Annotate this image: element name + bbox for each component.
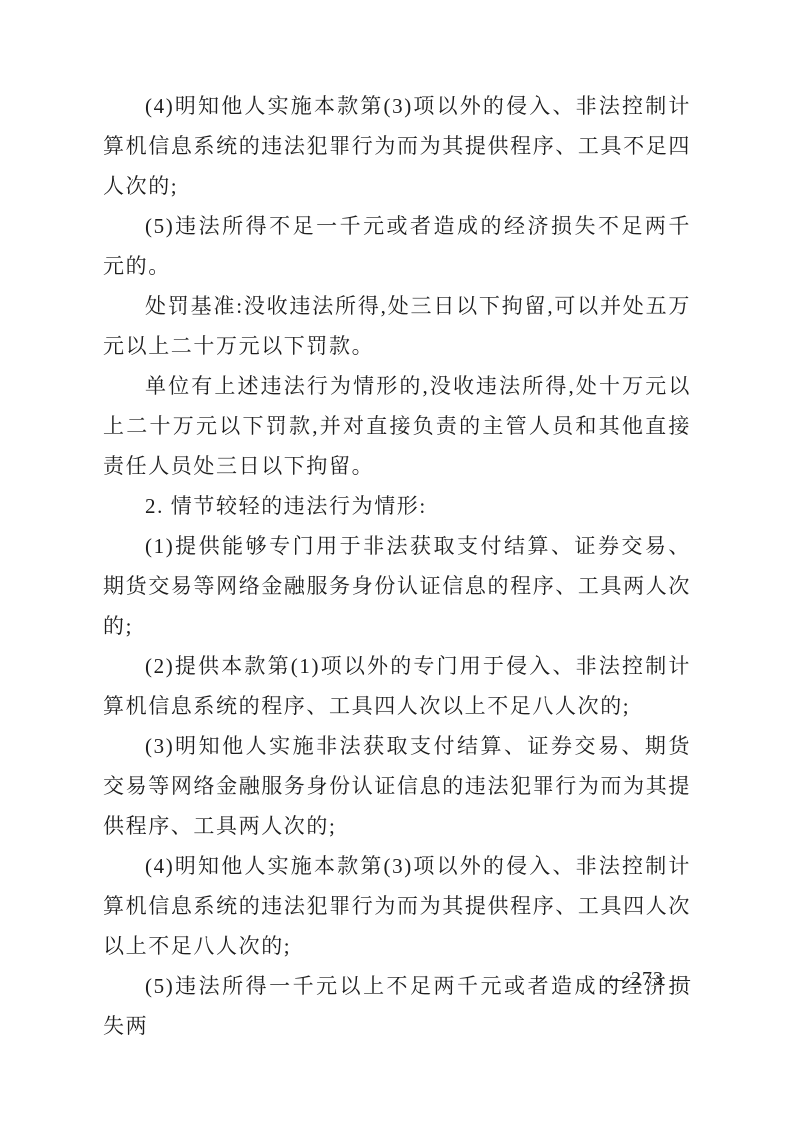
document-page: (4)明知他人实施本款第(3)项以外的侵入、非法控制计算机信息系统的违法犯罪行为… xyxy=(0,0,793,1122)
paragraph-section-2-heading: 2. 情节较轻的违法行为情形: xyxy=(103,486,691,526)
paragraph-item-2: (2)提供本款第(1)项以外的专门用于侵入、非法控制计算机信息系统的程序、工具四… xyxy=(103,646,691,726)
paragraph-item-5-first: (5)违法所得不足一千元或者造成的经济损失不足两千元的。 xyxy=(103,206,691,286)
body-text: (4)明知他人实施本款第(3)项以外的侵入、非法控制计算机信息系统的违法犯罪行为… xyxy=(103,86,691,1046)
paragraph-item-1: (1)提供能够专门用于非法获取支付结算、证券交易、期货交易等网络金融服务身份认证… xyxy=(103,526,691,646)
page-footer: — 273 — xyxy=(103,968,691,991)
paragraph-item-3: (3)明知他人实施非法获取支付结算、证券交易、期货交易等网络金融服务身份认证信息… xyxy=(103,726,691,846)
paragraph-unit-violation: 单位有上述违法行为情形的,没收违法所得,处十万元以上二十万元以下罚款,并对直接负… xyxy=(103,366,691,486)
paragraph-item-4-second: (4)明知他人实施本款第(3)项以外的侵入、非法控制计算机信息系统的违法犯罪行为… xyxy=(103,846,691,966)
paragraph-penalty-basis: 处罚基准:没收违法所得,处三日以下拘留,可以并处五万元以上二十万元以下罚款。 xyxy=(103,286,691,366)
page-number: — 273 — xyxy=(604,968,691,990)
paragraph-item-4-first: (4)明知他人实施本款第(3)项以外的侵入、非法控制计算机信息系统的违法犯罪行为… xyxy=(103,86,691,206)
